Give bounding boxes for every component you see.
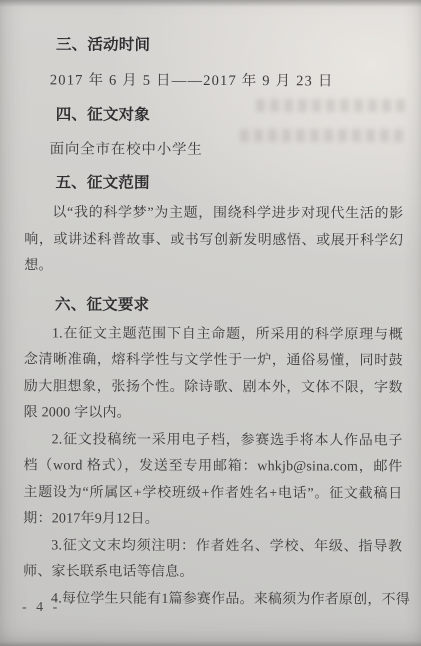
page-number: - 4 - [22, 600, 60, 616]
document-body: 三、活动时间 2017 年 6 月 5 日——2017 年 9 月 23 日 四… [23, 35, 404, 613]
requirement-item-3: 3.征文文末均须注明：作者姓名、学校、年级、指导教师、家长联系电话等信息。 [23, 533, 402, 587]
target-audience-text: 面向全市在校中小学生 [25, 138, 404, 161]
requirement-item-2: 2.征文投稿统一采用电子档，参赛选手将本人作品电子档（word 格式），发送至专… [23, 427, 402, 534]
section-heading-target: 四、征文对象 [25, 105, 404, 126]
section-heading-requirements: 六、征文要求 [24, 295, 403, 316]
activity-time-dates: 2017 年 6 月 5 日——2017 年 9 月 23 日 [25, 69, 404, 92]
requirement-item-1: 1.在征文主题范围下自主命题，所采用的科学原理与概念清晰准确，熔科学性与文学性于… [24, 321, 403, 428]
requirement-item-4: 4.每位学生只能有1篇参赛作品。来稿须为作者原创，不得 [23, 586, 402, 614]
scope-paragraph: 以“我的科学梦”为主题，围绕科学进步对现代生活的影响，或讲述科普故事、或书写创新… [24, 200, 403, 281]
section-heading-activity-time: 三、活动时间 [25, 35, 404, 56]
section-heading-scope: 五、征文范围 [24, 173, 403, 194]
scanned-document-page: 三、活动时间 2017 年 6 月 5 日——2017 年 9 月 23 日 四… [0, 0, 421, 646]
